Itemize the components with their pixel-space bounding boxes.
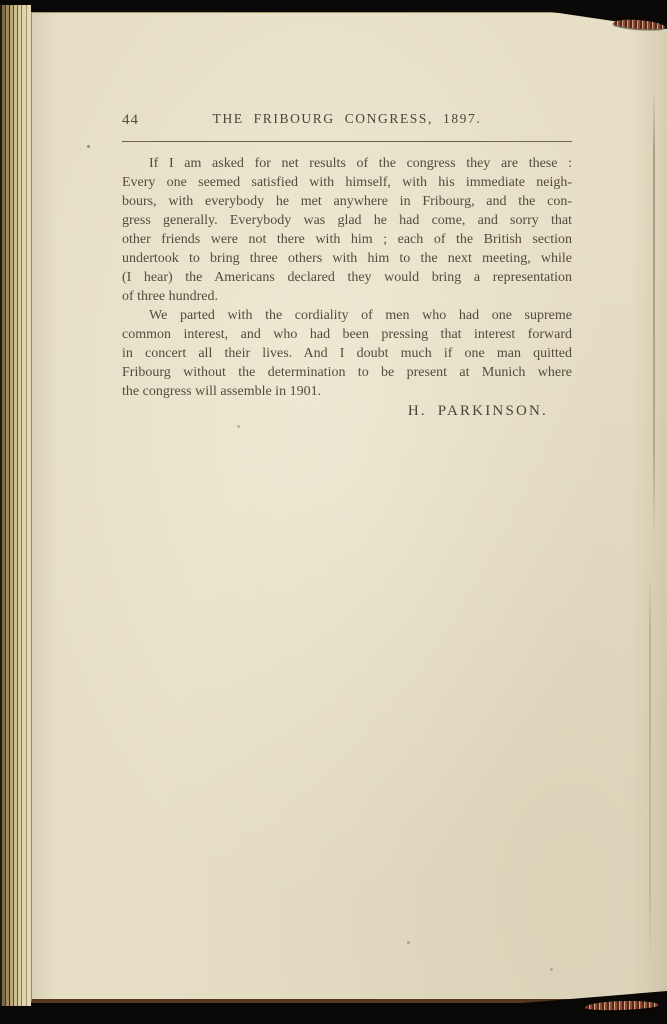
text-line: Every one seemed satisfied with himself,…: [122, 173, 572, 192]
text-line: other friends were not there with him ; …: [122, 230, 572, 249]
running-header: THE FRIBOURG CONGRESS, 1897.: [122, 111, 572, 127]
page-speck: [407, 941, 410, 944]
text-line: If I am asked for net results of the con…: [122, 154, 572, 173]
page-speck: [87, 145, 90, 148]
paragraph: We parted with the cordiality of men who…: [122, 306, 572, 401]
page-crease: [653, 88, 655, 538]
text-line: gress generally. Everybody was glad he h…: [122, 211, 572, 230]
page-speck: [237, 425, 240, 428]
text-line: in concert all their lives. And I doubt …: [122, 344, 572, 363]
text-line: of three hundred.: [122, 287, 572, 306]
page-number: 44: [122, 112, 139, 129]
page-header: 44 THE FRIBOURG CONGRESS, 1897.: [122, 111, 572, 131]
book-page: 44 THE FRIBOURG CONGRESS, 1897. If I am …: [31, 12, 667, 1003]
page-speck: [550, 968, 553, 971]
text-line: the congress will assemble in 1901.: [122, 382, 572, 401]
text-line: We parted with the cordiality of men who…: [122, 306, 572, 325]
header-rule: [122, 141, 572, 142]
text-line: undertook to bring three others with him…: [122, 249, 572, 268]
text-line: (I hear) the Americans declared they wou…: [122, 268, 572, 287]
text-column: 44 THE FRIBOURG CONGRESS, 1897. If I am …: [122, 111, 572, 421]
text-line: common interest, and who had been pressi…: [122, 325, 572, 344]
paragraph: If I am asked for net results of the con…: [122, 154, 572, 306]
body-text: If I am asked for net results of the con…: [122, 154, 572, 421]
page-crease: [649, 573, 651, 963]
book-scan: 44 THE FRIBOURG CONGRESS, 1897. If I am …: [0, 0, 667, 1024]
text-line: bours, with everybody he met anywhere in…: [122, 192, 572, 211]
page-edges-stack: [0, 5, 31, 1006]
text-line: Fribourg without the determination to be…: [122, 363, 572, 382]
author-signature: H. PARKINSON.: [122, 402, 572, 421]
